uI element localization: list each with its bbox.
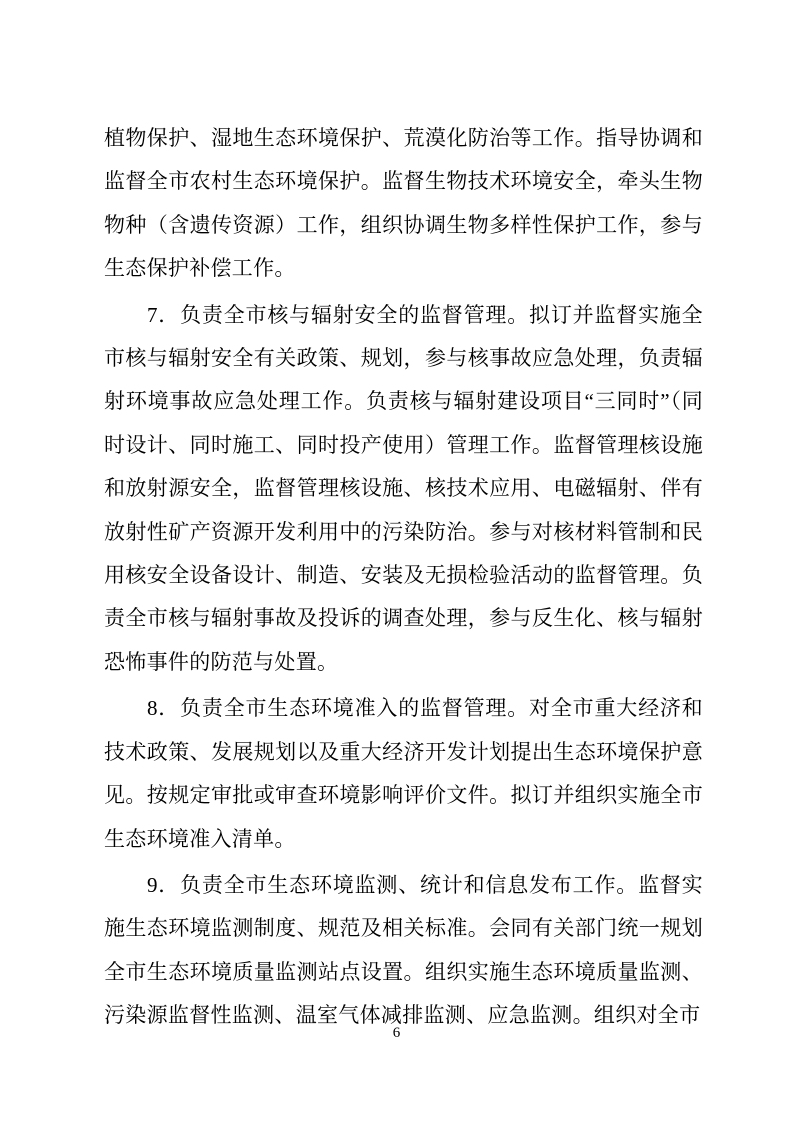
paragraph-item-7: 7．负责全市核与辐射安全的监督管理。拟订并监督实施全市核与辐射安全有关政策、规划… [104,294,703,685]
paragraph-item-8: 8．负责全市生态环境准入的监督管理。对全市重大经济和技术政策、发展规划以及重大经… [104,687,703,861]
paragraph-item-9: 9．负责全市生态环境监测、统计和信息发布工作。监督实施生态环境监测制度、规范及相… [104,864,703,1038]
document-page: 植物保护、湿地生态环境保护、荒漠化防治等工作。指导协调和监督全市农村生态环境保护… [0,0,793,1122]
paragraph-continuation: 植物保护、湿地生态环境保护、荒漠化防治等工作。指导协调和监督全市农村生态环境保护… [104,117,703,291]
page-number: 6 [0,1023,793,1043]
page-body-text: 植物保护、湿地生态环境保护、荒漠化防治等工作。指导协调和监督全市农村生态环境保护… [104,117,703,1038]
